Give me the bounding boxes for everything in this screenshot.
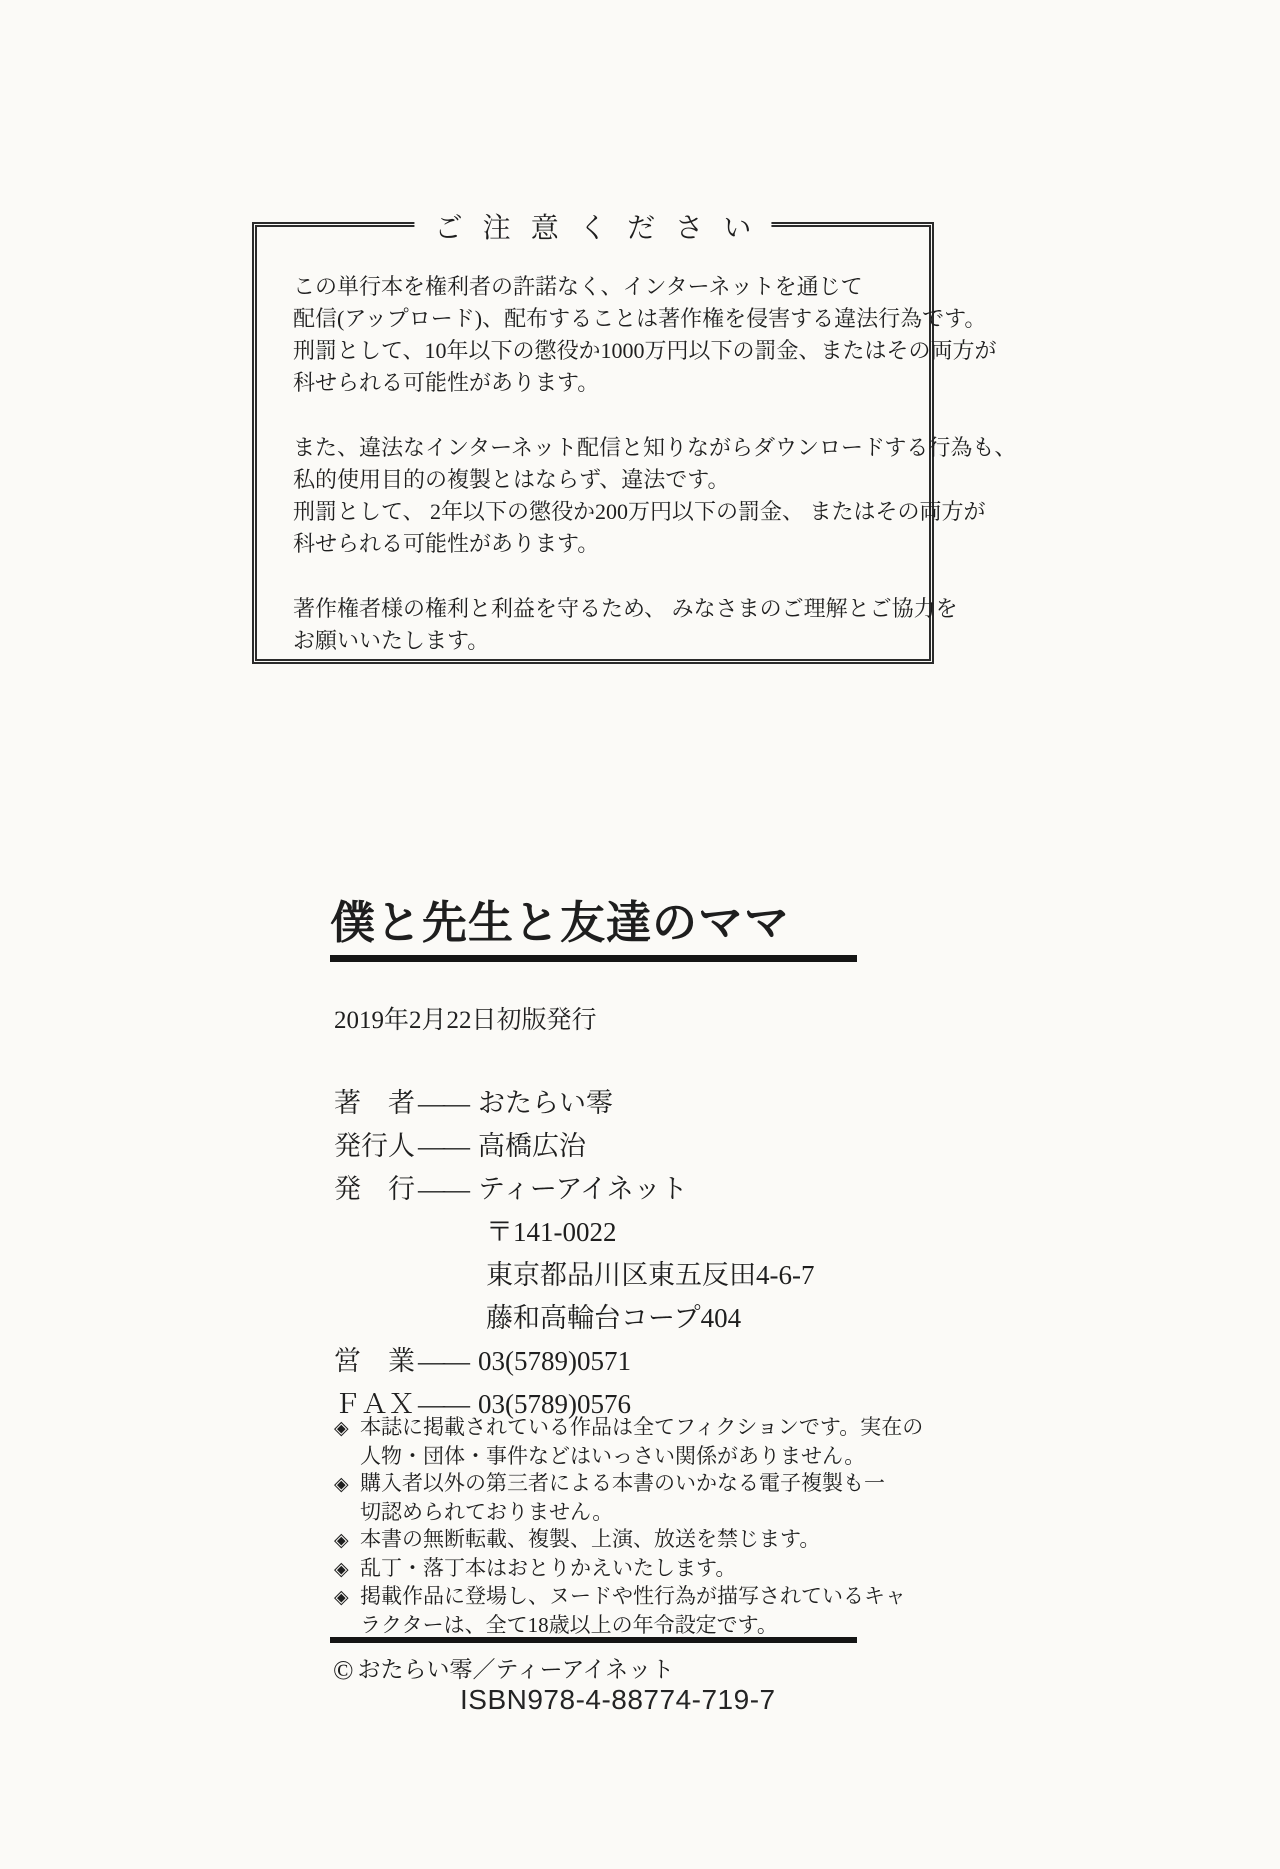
title-rule <box>330 955 857 962</box>
text-line: 科せられる可能性があります。 <box>293 528 909 560</box>
note-text: 本誌に掲載されている作品は全てフィクションです。実在の <box>360 1415 923 1439</box>
row-value: ティーアイネット <box>478 1168 688 1211</box>
author-row: 著 者 —— おたらい零 <box>334 1082 814 1125</box>
text-line: 科せられる可能性があります。 <box>293 367 909 399</box>
warning-paragraph-request: 著作権者様の権利と利益を守るため、 みなさまのご理解とご協力を お願いいたします… <box>293 593 909 657</box>
text-line: 配信(アップロード)、配布することは著作権を侵害する違法行為です。 <box>293 303 909 335</box>
address-line-1: 東京都品川区東五反田4-6-7 <box>334 1254 814 1297</box>
copyright-symbol-icon: © <box>333 1655 354 1685</box>
note-item-fiction: ◈本誌に掲載されている作品は全てフィクションです。実在の 人物・団体・事件などは… <box>334 1414 923 1470</box>
row-label: 発行人 <box>334 1125 418 1168</box>
legal-notes-list: ◈本誌に掲載されている作品は全てフィクションです。実在の 人物・団体・事件などは… <box>334 1414 923 1639</box>
text-line: 刑罰として、10年以下の懲役か1000万円以下の罰金、またはその両方が <box>293 335 909 367</box>
double-diamond-bullet-icon: ◈ <box>334 1584 360 1612</box>
warning-paragraph-upload: この単行本を権利者の許諾なく、インターネットを通じて 配信(アップロード)、配布… <box>293 271 909 399</box>
copyright-line: ©おたらい零／ティーアイネット <box>333 1651 674 1686</box>
copyright-text: おたらい零／ティーアイネット <box>358 1657 675 1682</box>
double-diamond-bullet-icon: ◈ <box>334 1556 360 1584</box>
note-text: 乱丁・落丁本はおとりかえいたします。 <box>360 1556 736 1580</box>
text-line: 私的使用目的の複製とはならず、違法です。 <box>293 464 909 496</box>
book-title: 僕と先生と友達のママ <box>330 886 790 951</box>
text-line: この単行本を権利者の許諾なく、インターネットを通じて <box>293 271 909 303</box>
note-item-ecopy: ◈購入者以外の第三者による本書のいかなる電子複製も一 切認められておりません。 <box>334 1470 923 1526</box>
footer-rule <box>330 1637 857 1643</box>
isbn-number: ISBN978-4-88774-719-7 <box>460 1684 776 1716</box>
book-colophon-page: ご注意ください この単行本を権利者の許諾なく、インターネットを通じて 配信(アッ… <box>0 0 1280 1869</box>
note-item-defective-copies: ◈乱丁・落丁本はおとりかえいたします。 <box>334 1555 923 1584</box>
text-line: お願いいたします。 <box>293 625 909 657</box>
note-text: 人物・団体・事件などはいっさい関係がありません。 <box>334 1443 923 1471</box>
sales-phone-row: 営 業 —— 03(5789)0571 <box>334 1340 814 1383</box>
colophon-block: 著 者 —— おたらい零 発行人 —— 高橋広治 発 行 —— ティーアイネット… <box>334 1082 814 1426</box>
row-value: おたらい零 <box>478 1082 613 1125</box>
double-diamond-bullet-icon: ◈ <box>334 1415 360 1443</box>
double-diamond-bullet-icon: ◈ <box>334 1471 360 1499</box>
warning-box-body: この単行本を権利者の許諾なく、インターネットを通じて 配信(アップロード)、配布… <box>293 271 909 657</box>
note-line: ◈購入者以外の第三者による本書のいかなる電子複製も一 <box>334 1470 923 1499</box>
note-line: ◈乱丁・落丁本はおとりかえいたします。 <box>334 1555 923 1584</box>
row-separator: —— <box>418 1082 468 1125</box>
text-line: また、違法なインターネット配信と知りながらダウンロードする行為も、 <box>293 432 909 464</box>
publisher-row: 発 行 —— ティーアイネット <box>334 1168 814 1211</box>
text-line: 刑罰として、 2年以下の懲役か200万円以下の罰金、 またはその両方が <box>293 496 909 528</box>
row-label: 営 業 <box>334 1340 418 1383</box>
double-diamond-bullet-icon: ◈ <box>334 1527 360 1555</box>
note-item-reproduction: ◈本書の無断転載、複製、上演、放送を禁じます。 <box>334 1526 923 1555</box>
row-label: 著 者 <box>334 1082 418 1125</box>
note-text: 購入者以外の第三者による本書のいかなる電子複製も一 <box>360 1471 885 1495</box>
row-separator: —— <box>418 1125 468 1168</box>
row-separator: —— <box>418 1340 468 1383</box>
note-line: ◈本誌に掲載されている作品は全てフィクションです。実在の <box>334 1414 923 1443</box>
note-text: 切認められておりません。 <box>334 1499 923 1527</box>
row-value: 03(5789)0571 <box>478 1340 631 1383</box>
edition-date: 2019年2月22日初版発行 <box>334 1000 597 1036</box>
note-line: ◈本書の無断転載、複製、上演、放送を禁じます。 <box>334 1526 923 1555</box>
row-label: 発 行 <box>334 1168 418 1211</box>
postal-code: 〒141-0022 <box>334 1211 814 1254</box>
note-text: 本書の無断転載、複製、上演、放送を禁じます。 <box>360 1527 820 1551</box>
note-text: 掲載作品に登場し、ヌードや性行為が描写されているキャ <box>360 1584 906 1608</box>
row-value: 高橋広治 <box>478 1125 586 1168</box>
warning-paragraph-download: また、違法なインターネット配信と知りながらダウンロードする行為も、 私的使用目的… <box>293 432 909 560</box>
note-text: ラクターは、全て18歳以上の年令設定です。 <box>334 1612 923 1640</box>
row-separator: —— <box>418 1168 468 1211</box>
note-item-age-statement: ◈掲載作品に登場し、ヌードや性行為が描写されているキャ ラクターは、全て18歳以… <box>334 1583 923 1639</box>
copyright-warning-box: ご注意ください この単行本を権利者の許諾なく、インターネットを通じて 配信(アッ… <box>252 222 934 664</box>
address-line-2: 藤和高輪台コープ404 <box>334 1297 814 1340</box>
text-line: 著作権者様の権利と利益を守るため、 みなさまのご理解とご協力を <box>293 593 909 625</box>
publisher-person-row: 発行人 —— 高橋広治 <box>334 1125 814 1168</box>
note-line: ◈掲載作品に登場し、ヌードや性行為が描写されているキャ <box>334 1583 923 1612</box>
warning-box-title: ご注意ください <box>414 206 771 246</box>
